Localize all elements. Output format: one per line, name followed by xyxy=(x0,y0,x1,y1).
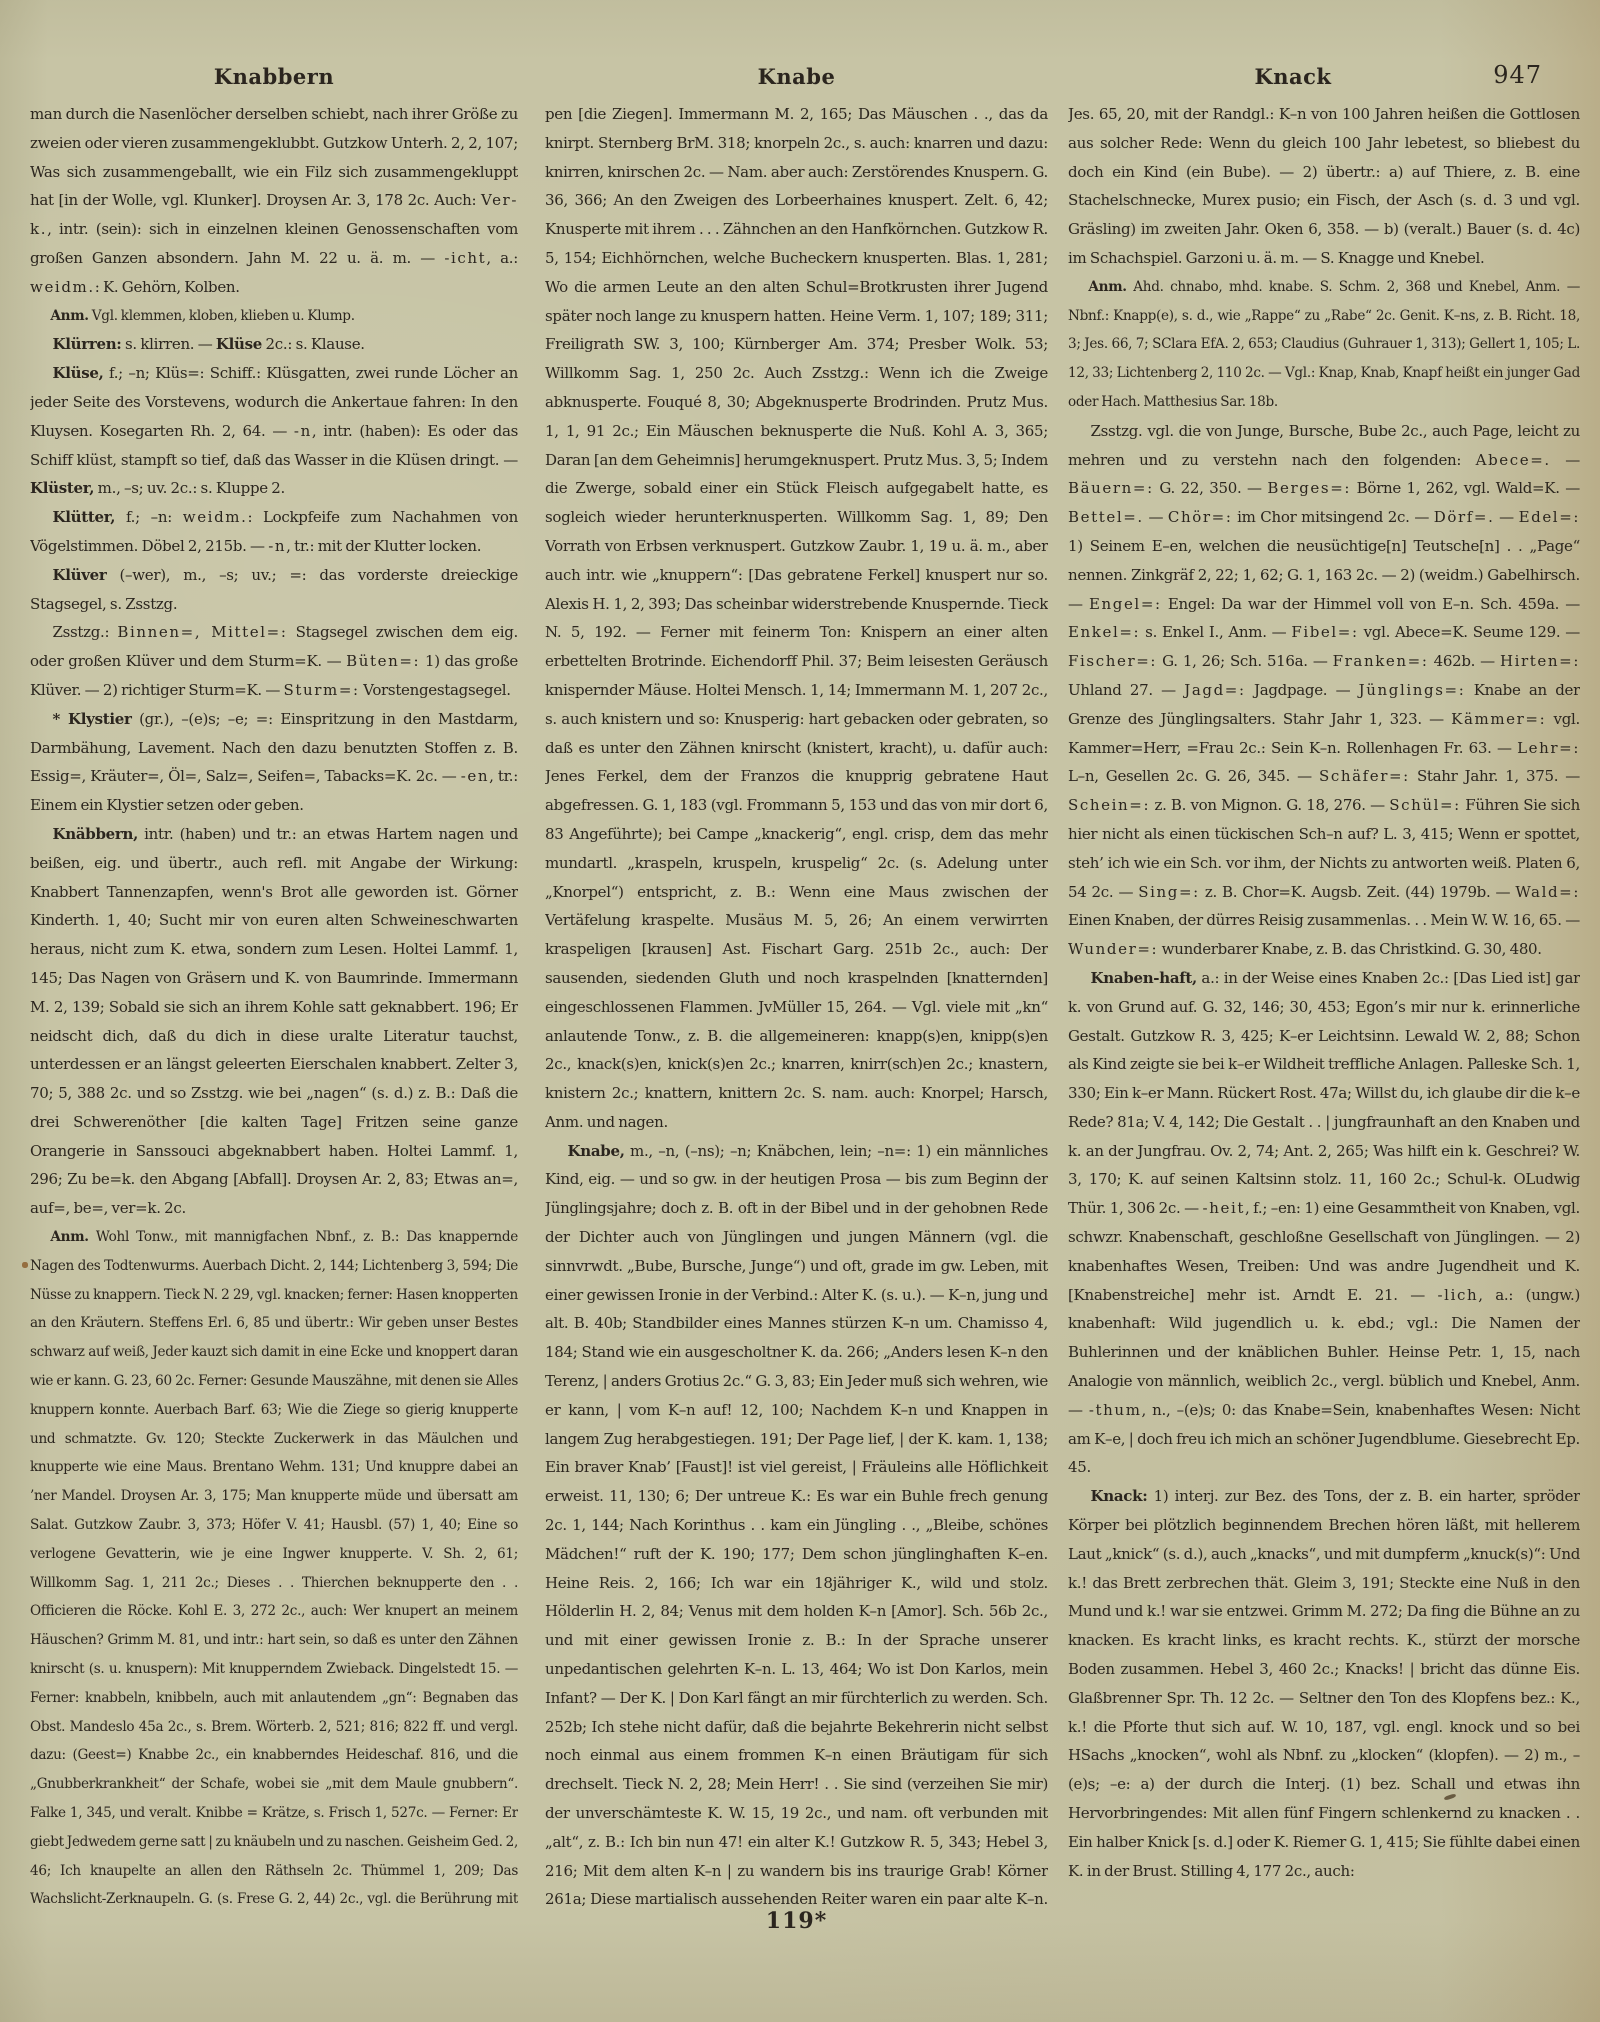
spaced-term: Engel=: xyxy=(1089,595,1162,613)
text-segment: Jes. 65, 20, mit der Randgl.: K–n von 10… xyxy=(1068,105,1580,267)
spaced-term: Schül=: xyxy=(1389,796,1461,814)
headword: Klüse xyxy=(216,335,262,353)
spaced-term: Schein=: xyxy=(1068,796,1150,814)
spaced-term: -n xyxy=(268,537,286,555)
text-segment: Engel: Da war der Himmel voll von E–n. S… xyxy=(1162,595,1580,613)
text-segment: s. Enkel I., Anm. — xyxy=(1140,623,1291,641)
spaced-term: Edel=: xyxy=(1519,508,1580,526)
text-column-middle: pen [die Ziegen]. Immermann M. 2, 165; D… xyxy=(545,100,1048,1906)
text-segment: 462b. — xyxy=(1429,652,1500,670)
spaced-term: Berges=: xyxy=(1267,479,1351,497)
text-segment: , tr.: mit der Klutter locken. xyxy=(286,537,481,555)
spaced-term: Jünglings=: xyxy=(1359,681,1466,699)
spaced-term: Lehr=: xyxy=(1517,739,1580,757)
text-columns: man durch die Nasenlöcher derselben schi… xyxy=(30,100,1580,1906)
text-segment: , a.: xyxy=(486,249,518,267)
dictionary-paragraph: Knäbbern, intr. (haben) und tr.: an etwa… xyxy=(30,820,518,1223)
spaced-term: Hirten=: xyxy=(1500,652,1580,670)
text-segment: 2c.: s. Klause. xyxy=(262,335,365,353)
headword: Klüver xyxy=(53,566,107,584)
text-segment: man durch die Nasenlöcher derselben schi… xyxy=(30,105,518,209)
text-segment: , a.: (ungw.) knabenhaft: Wild jugendlic… xyxy=(1068,1286,1580,1419)
paper-stain xyxy=(22,1262,28,1268)
text-segment: — xyxy=(1494,508,1518,526)
text-segment: wunderbarer Knabe, z. B. das Christkind.… xyxy=(1158,940,1542,958)
dictionary-paragraph: * Klystier (gr.), –(e)s; –e; =: Einsprit… xyxy=(30,705,518,820)
text-segment: Jagdpage. — xyxy=(1246,681,1359,699)
text-segment: im Chor mitsingend 2c. — xyxy=(1232,508,1433,526)
text-segment: intr. (haben) und tr.: an etwas Hartem n… xyxy=(30,825,518,1217)
text-segment: 1) interj. zur Bez. des Tons, der z. B. … xyxy=(1068,1487,1580,1879)
printer-signature-mark: 119* xyxy=(545,1908,1048,1934)
text-segment: m., –s; uv. 2c.: s. Kluppe 2. xyxy=(94,479,285,497)
text-segment: Vorstengestagsegel. xyxy=(360,681,511,699)
headword: Knäbbern, xyxy=(53,825,139,843)
headword: Anm. xyxy=(1088,279,1126,295)
text-segment: a.: in der Weise eines Knaben 2c.: [Das … xyxy=(1068,969,1580,1217)
spaced-term: Binnen=, Mittel=: xyxy=(117,623,287,641)
dictionary-paragraph: Knaben-haft, a.: in der Weise eines Knab… xyxy=(1068,964,1580,1482)
spaced-term: -heit xyxy=(1203,1199,1245,1217)
headword: Anm. xyxy=(50,1229,88,1245)
text-segment: pen [die Ziegen]. Immermann M. 2, 165; D… xyxy=(545,105,1048,1131)
headword: Klürren: xyxy=(53,335,122,353)
running-head-right: Knack xyxy=(1068,64,1518,89)
spaced-term: weidm. xyxy=(183,508,248,526)
spaced-term: Abece=. xyxy=(1476,451,1551,469)
dictionary-paragraph: Klürren: s. klirren. — Klüse 2c.: s. Kla… xyxy=(30,330,518,359)
headword: Klüse, xyxy=(53,364,104,382)
spaced-term: Fischer=: xyxy=(1068,652,1157,670)
text-segment: Einen Knaben, der dürres Reisig zusammen… xyxy=(1068,911,1580,929)
dictionary-paragraph: Anm. Ahd. chnabo, mhd. knabe. S. Schm. 2… xyxy=(1068,273,1580,417)
text-segment: — xyxy=(1144,508,1168,526)
spaced-term: Sing=: xyxy=(1138,883,1200,901)
text-column-left: man durch die Nasenlöcher derselben schi… xyxy=(30,100,518,1906)
dictionary-paragraph: Klüse, f.; –n; Klüs=: Schiff.: Klüsgatte… xyxy=(30,359,518,503)
text-segment: f.; –n: xyxy=(115,508,183,526)
spaced-term: Franken=: xyxy=(1333,652,1429,670)
text-segment: Zsstzg.: xyxy=(53,623,118,641)
dictionary-paragraph: Anm. Vgl. klemmen, kloben, klieben u. Kl… xyxy=(30,302,518,331)
spaced-term: weidm. xyxy=(30,278,95,296)
text-segment: Uhland 27. — xyxy=(1068,681,1184,699)
text-segment: G. 22, 350. — xyxy=(1154,479,1268,497)
text-segment: — xyxy=(1551,451,1580,469)
dictionary-paragraph: Anm. Wohl Tonw., mit mannigfachen Nbnf.,… xyxy=(30,1223,518,1906)
text-segment: Vgl. klemmen, kloben, klieben u. Klump. xyxy=(89,308,355,324)
dictionary-paragraph: man durch die Nasenlöcher derselben schi… xyxy=(30,100,518,302)
spaced-term: Büten=: xyxy=(346,652,420,670)
headword: * Klystier xyxy=(53,710,132,728)
spaced-term: Bäuern=: xyxy=(1068,479,1154,497)
text-segment: Wohl Tonw., mit mannigfachen Nbnf., z. B… xyxy=(30,1229,518,1906)
spaced-term: Chör=: xyxy=(1168,508,1233,526)
headword: Knaben-haft, xyxy=(1091,969,1197,987)
dictionary-paragraph: Klüver (–wer), m., –s; uv.; =: das vorde… xyxy=(30,561,518,619)
spaced-term: Dörf=. xyxy=(1434,508,1495,526)
dictionary-paragraph: Zsstzg. vgl. die von Junge, Bursche, Bub… xyxy=(1068,417,1580,964)
text-column-right: Jes. 65, 20, mit der Randgl.: K–n von 10… xyxy=(1068,100,1580,1906)
headword: Knabe, xyxy=(568,1142,625,1160)
spaced-term: -icht xyxy=(444,249,486,267)
text-segment: L–n, Gesellen 2c. G. 26, 345. — xyxy=(1068,767,1319,785)
dictionary-paragraph: Klütter, f.; –n: weidm.: Lockpfeife zum … xyxy=(30,503,518,561)
text-segment: Stahr Jahr. 1, 375. — xyxy=(1410,767,1580,785)
text-segment: Ahd. chnabo, mhd. knabe. S. Schm. 2, 368… xyxy=(1068,279,1580,410)
headword: Knack: xyxy=(1091,1487,1148,1505)
text-segment: , n., –(e)s; 0: das Knabe=Sein, knabenha… xyxy=(1068,1401,1580,1477)
dictionary-paragraph: Knabe, m., –n, (–ns); –n; Knäbchen, lein… xyxy=(545,1137,1048,1906)
spaced-term: Fibel=: xyxy=(1291,623,1358,641)
spaced-term: Jagd=: xyxy=(1184,681,1245,699)
spaced-term: -lich xyxy=(1438,1286,1479,1304)
spaced-term: Wald=: xyxy=(1515,883,1580,901)
spaced-term: Wunder=: xyxy=(1068,940,1158,958)
text-segment: : K. Gehörn, Kolben. xyxy=(95,278,240,296)
running-head: Knabbern Knabe Knack 947 xyxy=(30,64,1542,96)
headword: Anm. xyxy=(50,308,88,324)
spaced-term: -n xyxy=(294,422,312,440)
spaced-term: Enkel=: xyxy=(1068,623,1140,641)
dictionary-paragraph: Jes. 65, 20, mit der Randgl.: K–n von 10… xyxy=(1068,100,1580,273)
text-segment: vgl. Abece=K. Seume 129. — xyxy=(1359,623,1580,641)
headword: Klüster, xyxy=(30,479,94,497)
running-head-center: Knabe xyxy=(545,64,1048,89)
headword: Klütter, xyxy=(53,508,116,526)
text-segment: z. B. Chor=K. Augsb. Zeit. (44) 1979b. — xyxy=(1200,883,1516,901)
text-segment: z. B. von Mignon. G. 18, 276. — xyxy=(1150,796,1389,814)
text-segment: Börne 1, 262, vgl. Wald=K. — xyxy=(1351,479,1580,497)
dictionary-scan-page: Knabbern Knabe Knack 947 man durch die N… xyxy=(0,0,1600,2022)
dictionary-paragraph: pen [die Ziegen]. Immermann M. 2, 165; D… xyxy=(545,100,1048,1137)
text-segment: s. klirren. — xyxy=(122,335,216,353)
spaced-term: Bettel=. xyxy=(1068,508,1144,526)
spaced-term: -thum xyxy=(1089,1401,1142,1419)
dictionary-paragraph: Knack: 1) interj. zur Bez. des Tons, der… xyxy=(1068,1482,1580,1885)
dictionary-paragraph: Zsstzg.: Binnen=, Mittel=: Stagsegel zwi… xyxy=(30,618,518,704)
page-number: 947 xyxy=(1493,61,1542,89)
spaced-term: Schäfer=: xyxy=(1319,767,1410,785)
text-segment: G. 1, 26; Sch. 516a. — xyxy=(1157,652,1333,670)
spaced-term: Kämmer=: xyxy=(1451,710,1546,728)
spaced-term: Sturm=: xyxy=(284,681,360,699)
spaced-term: -en xyxy=(461,767,489,785)
running-head-left: Knabbern xyxy=(30,64,518,89)
text-segment: m., –n, (–ns); –n; Knäbchen, lein; –n=: … xyxy=(545,1142,1048,1906)
